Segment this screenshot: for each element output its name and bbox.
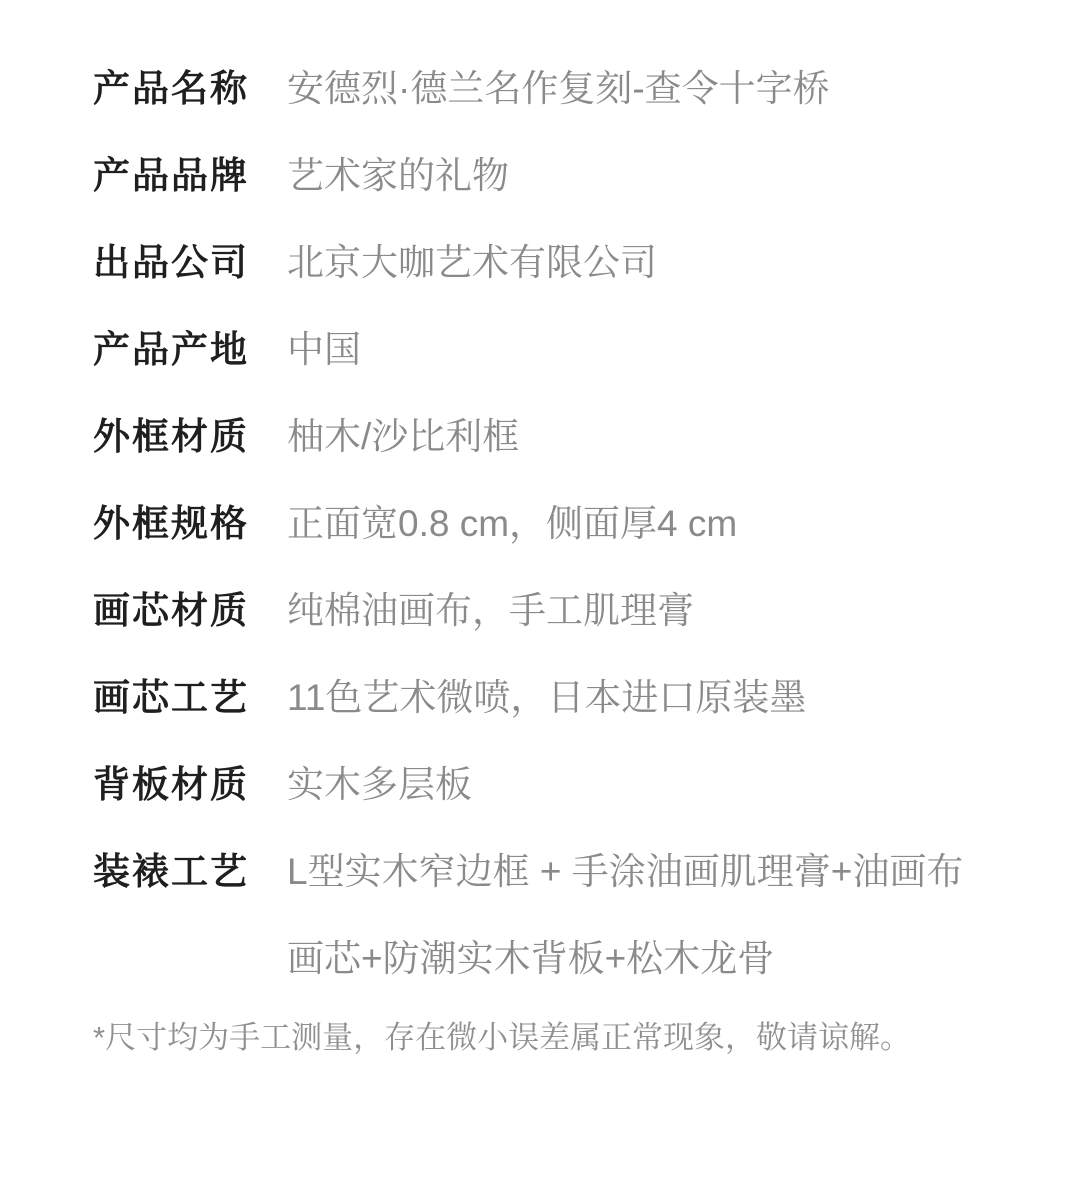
spec-row-company: 出品公司 北京大咖艺术有限公司 xyxy=(93,219,1010,306)
spec-row-canvas-craft: 画芯工艺 11色艺术微喷，日本进口原装墨 xyxy=(93,654,1010,741)
measurement-disclaimer: *尺寸均为手工测量，存在微小误差属正常现象，敬请谅解。 xyxy=(93,1016,1010,1060)
spec-label: 装裱工艺 xyxy=(93,828,287,915)
spec-value: 北京大咖艺术有限公司 xyxy=(287,219,1010,306)
spec-label: 外框规格 xyxy=(93,480,287,567)
spec-value: 艺术家的礼物 xyxy=(287,132,1010,219)
spec-row-product-name: 产品名称 安德烈·德兰名作复刻-查令十字桥 xyxy=(93,45,1010,132)
spec-value: 纯棉油画布，手工肌理膏 xyxy=(287,567,1010,654)
spec-value: 中国 xyxy=(287,306,1010,393)
spec-row-mounting-craft: 装裱工艺 L型实木窄边框 + 手涂油画肌理膏+油画布 画芯+防潮实木背板+松木龙… xyxy=(93,828,1010,1002)
spec-row-canvas-material: 画芯材质 纯棉油画布，手工肌理膏 xyxy=(93,567,1010,654)
product-spec-page: 产品名称 安德烈·德兰名作复刻-查令十字桥 产品品牌 艺术家的礼物 出品公司 北… xyxy=(0,0,1080,1180)
spec-row-origin: 产品产地 中国 xyxy=(93,306,1010,393)
spec-label: 产品品牌 xyxy=(93,132,287,219)
spec-row-frame-material: 外框材质 柚木/沙比利框 xyxy=(93,393,1010,480)
spec-row-frame-size: 外框规格 正面宽0.8 cm，侧面厚4 cm xyxy=(93,480,1010,567)
spec-value: 安德烈·德兰名作复刻-查令十字桥 xyxy=(287,45,1010,132)
spec-value: 柚木/沙比利框 xyxy=(287,393,1010,480)
spec-value: L型实木窄边框 + 手涂油画肌理膏+油画布 画芯+防潮实木背板+松木龙骨 xyxy=(287,828,1010,1002)
spec-label: 出品公司 xyxy=(93,219,287,306)
spec-row-backboard-material: 背板材质 实木多层板 xyxy=(93,741,1010,828)
product-spec-sheet: 产品名称 安德烈·德兰名作复刻-查令十字桥 产品品牌 艺术家的礼物 出品公司 北… xyxy=(0,0,1080,1060)
spec-label: 背板材质 xyxy=(93,741,287,828)
spec-label: 画芯工艺 xyxy=(93,654,287,741)
spec-value-line-2: 画芯+防潮实木背板+松木龙骨 xyxy=(287,915,1010,1002)
spec-value: 正面宽0.8 cm，侧面厚4 cm xyxy=(287,480,1010,567)
spec-label: 外框材质 xyxy=(93,393,287,480)
spec-row-brand: 产品品牌 艺术家的礼物 xyxy=(93,132,1010,219)
spec-value-line-1: L型实木窄边框 + 手涂油画肌理膏+油画布 xyxy=(287,828,1010,915)
spec-label: 产品名称 xyxy=(93,45,287,132)
spec-label: 产品产地 xyxy=(93,306,287,393)
spec-value: 11色艺术微喷，日本进口原装墨 xyxy=(287,654,1010,741)
spec-label: 画芯材质 xyxy=(93,567,287,654)
spec-value: 实木多层板 xyxy=(287,741,1010,828)
